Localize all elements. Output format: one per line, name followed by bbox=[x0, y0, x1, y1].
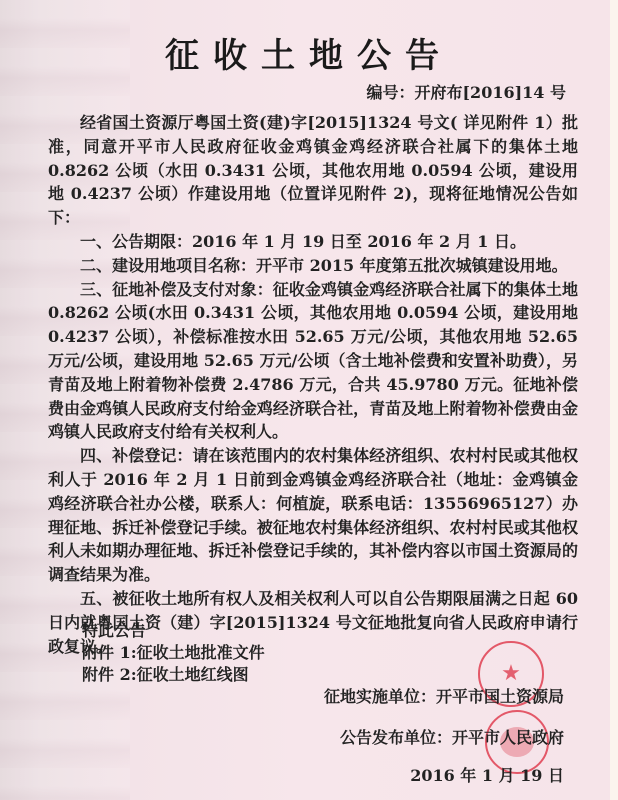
star-icon: ★ bbox=[501, 663, 521, 685]
attachment-1: 附件 1:征收土地批准文件 bbox=[82, 642, 265, 664]
implementing-unit: 征地实施单位：开平市国土资源局 bbox=[324, 684, 564, 707]
closing-block: 特此公告 附件 1:征收土地批准文件 附件 2:征收土地红线图 bbox=[82, 620, 265, 686]
page-edge bbox=[610, 0, 618, 800]
section-3-compensation: 三、征地补偿及支付对象：征收金鸡镇金鸡经济联合社属下的集体土地 0.8262 公… bbox=[48, 278, 578, 445]
closing-text: 特此公告 bbox=[82, 620, 265, 642]
section-2-project-name: 二、建设用地项目名称：开平市 2015 年度第五批次城镇建设用地。 bbox=[48, 254, 578, 278]
notice-body: 经省国土资源厅粤国土资(建)字[2015]1324 号文( 详见附件 1）批准，… bbox=[48, 111, 578, 658]
issue-date: 2016 年 1 月 19 日 bbox=[410, 763, 564, 786]
issuing-unit: 公告发布单位：开平市人民政府 bbox=[340, 725, 564, 748]
notice-title: 征收土地公告 bbox=[0, 28, 618, 77]
intro-paragraph: 经省国土资源厅粤国土资(建)字[2015]1324 号文( 详见附件 1）批准，… bbox=[48, 111, 578, 230]
scanned-page: 征收土地公告 编号：开府布[2016]14 号 经省国土资源厅粤国土资(建)字[… bbox=[0, 0, 610, 800]
section-1-period: 一、公告期限：2016 年 1 月 19 日至 2016 年 2 月 1 日。 bbox=[48, 230, 578, 254]
document-number: 编号：开府布[2016]14 号 bbox=[366, 80, 566, 103]
section-4-registration: 四、补偿登记：请在该范围内的农村集体经济组织、农村村民或其他权利人于 2016 … bbox=[48, 444, 578, 587]
attachment-2: 附件 2:征收土地红线图 bbox=[82, 664, 265, 686]
